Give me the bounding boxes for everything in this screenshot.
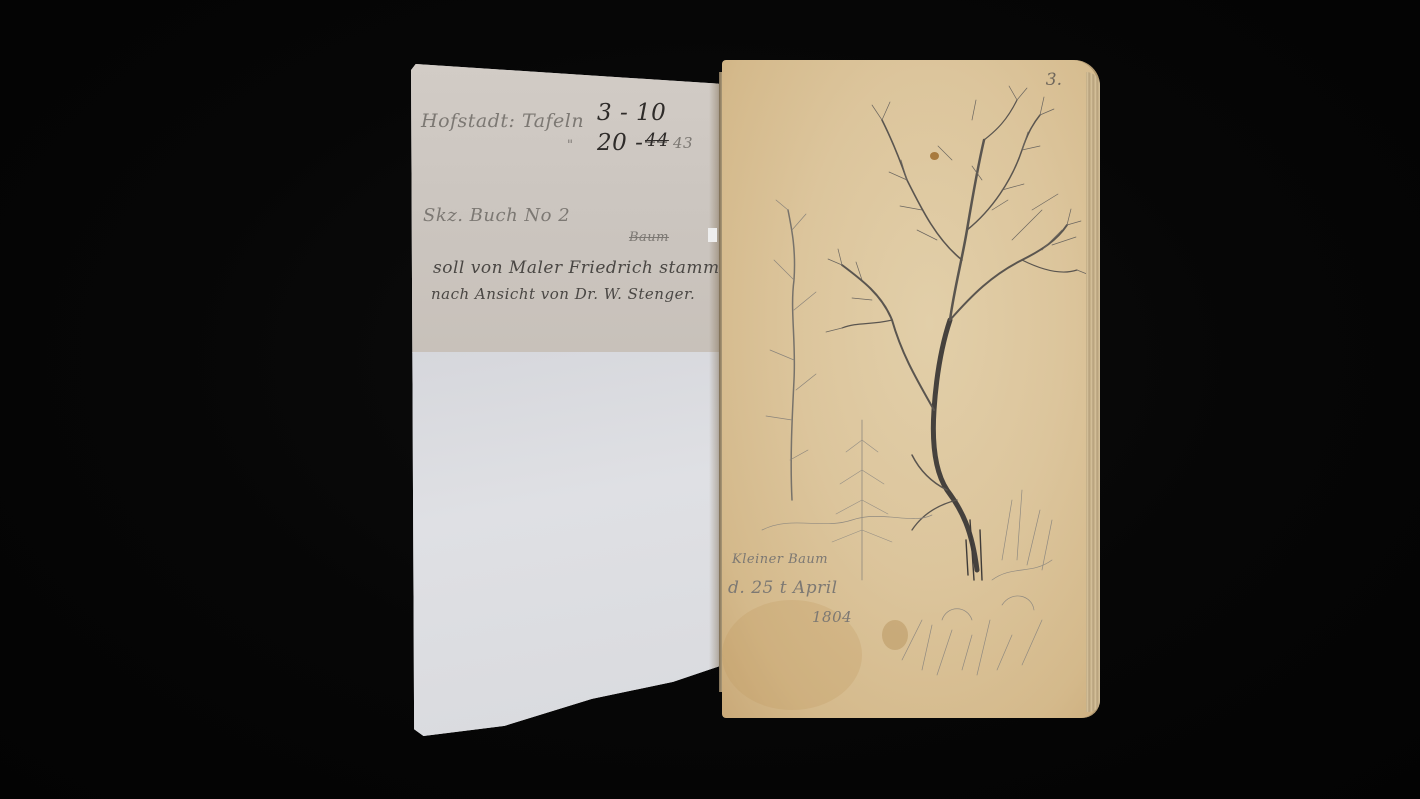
caption-date: d. 25 t April xyxy=(728,578,838,598)
left-page: Hofstadt: Tafeln 3 - 10 " 20 - 44 43 Skz… xyxy=(411,60,723,736)
torn-paper-mark xyxy=(708,228,717,242)
note-line2-value: 20 - xyxy=(597,130,643,156)
note-line1-value: 3 - 10 xyxy=(597,100,666,126)
sketchbook-number: Skz. Buch No 2 xyxy=(423,205,570,226)
blank-endpaper xyxy=(411,352,723,736)
caption-year: 1804 xyxy=(812,608,852,626)
tree-sketch-drawing xyxy=(722,60,1100,718)
note-line1-label: Hofstadt: Tafeln xyxy=(421,110,584,132)
right-page: 3. xyxy=(722,60,1100,718)
struck-word: Baum xyxy=(629,230,669,245)
page-block-edges xyxy=(1086,72,1100,712)
attribution-line-1: soll von Maler Friedrich stamm xyxy=(433,258,720,278)
attribution-line-2: nach Ansicht von Dr. W. Stenger. xyxy=(431,285,695,303)
note-line2-struck: 44 xyxy=(645,130,669,151)
note-line2-suffix: 43 xyxy=(673,134,693,152)
note-line2-ditto: " xyxy=(567,138,573,153)
caption-title: Kleiner Baum xyxy=(732,552,828,567)
